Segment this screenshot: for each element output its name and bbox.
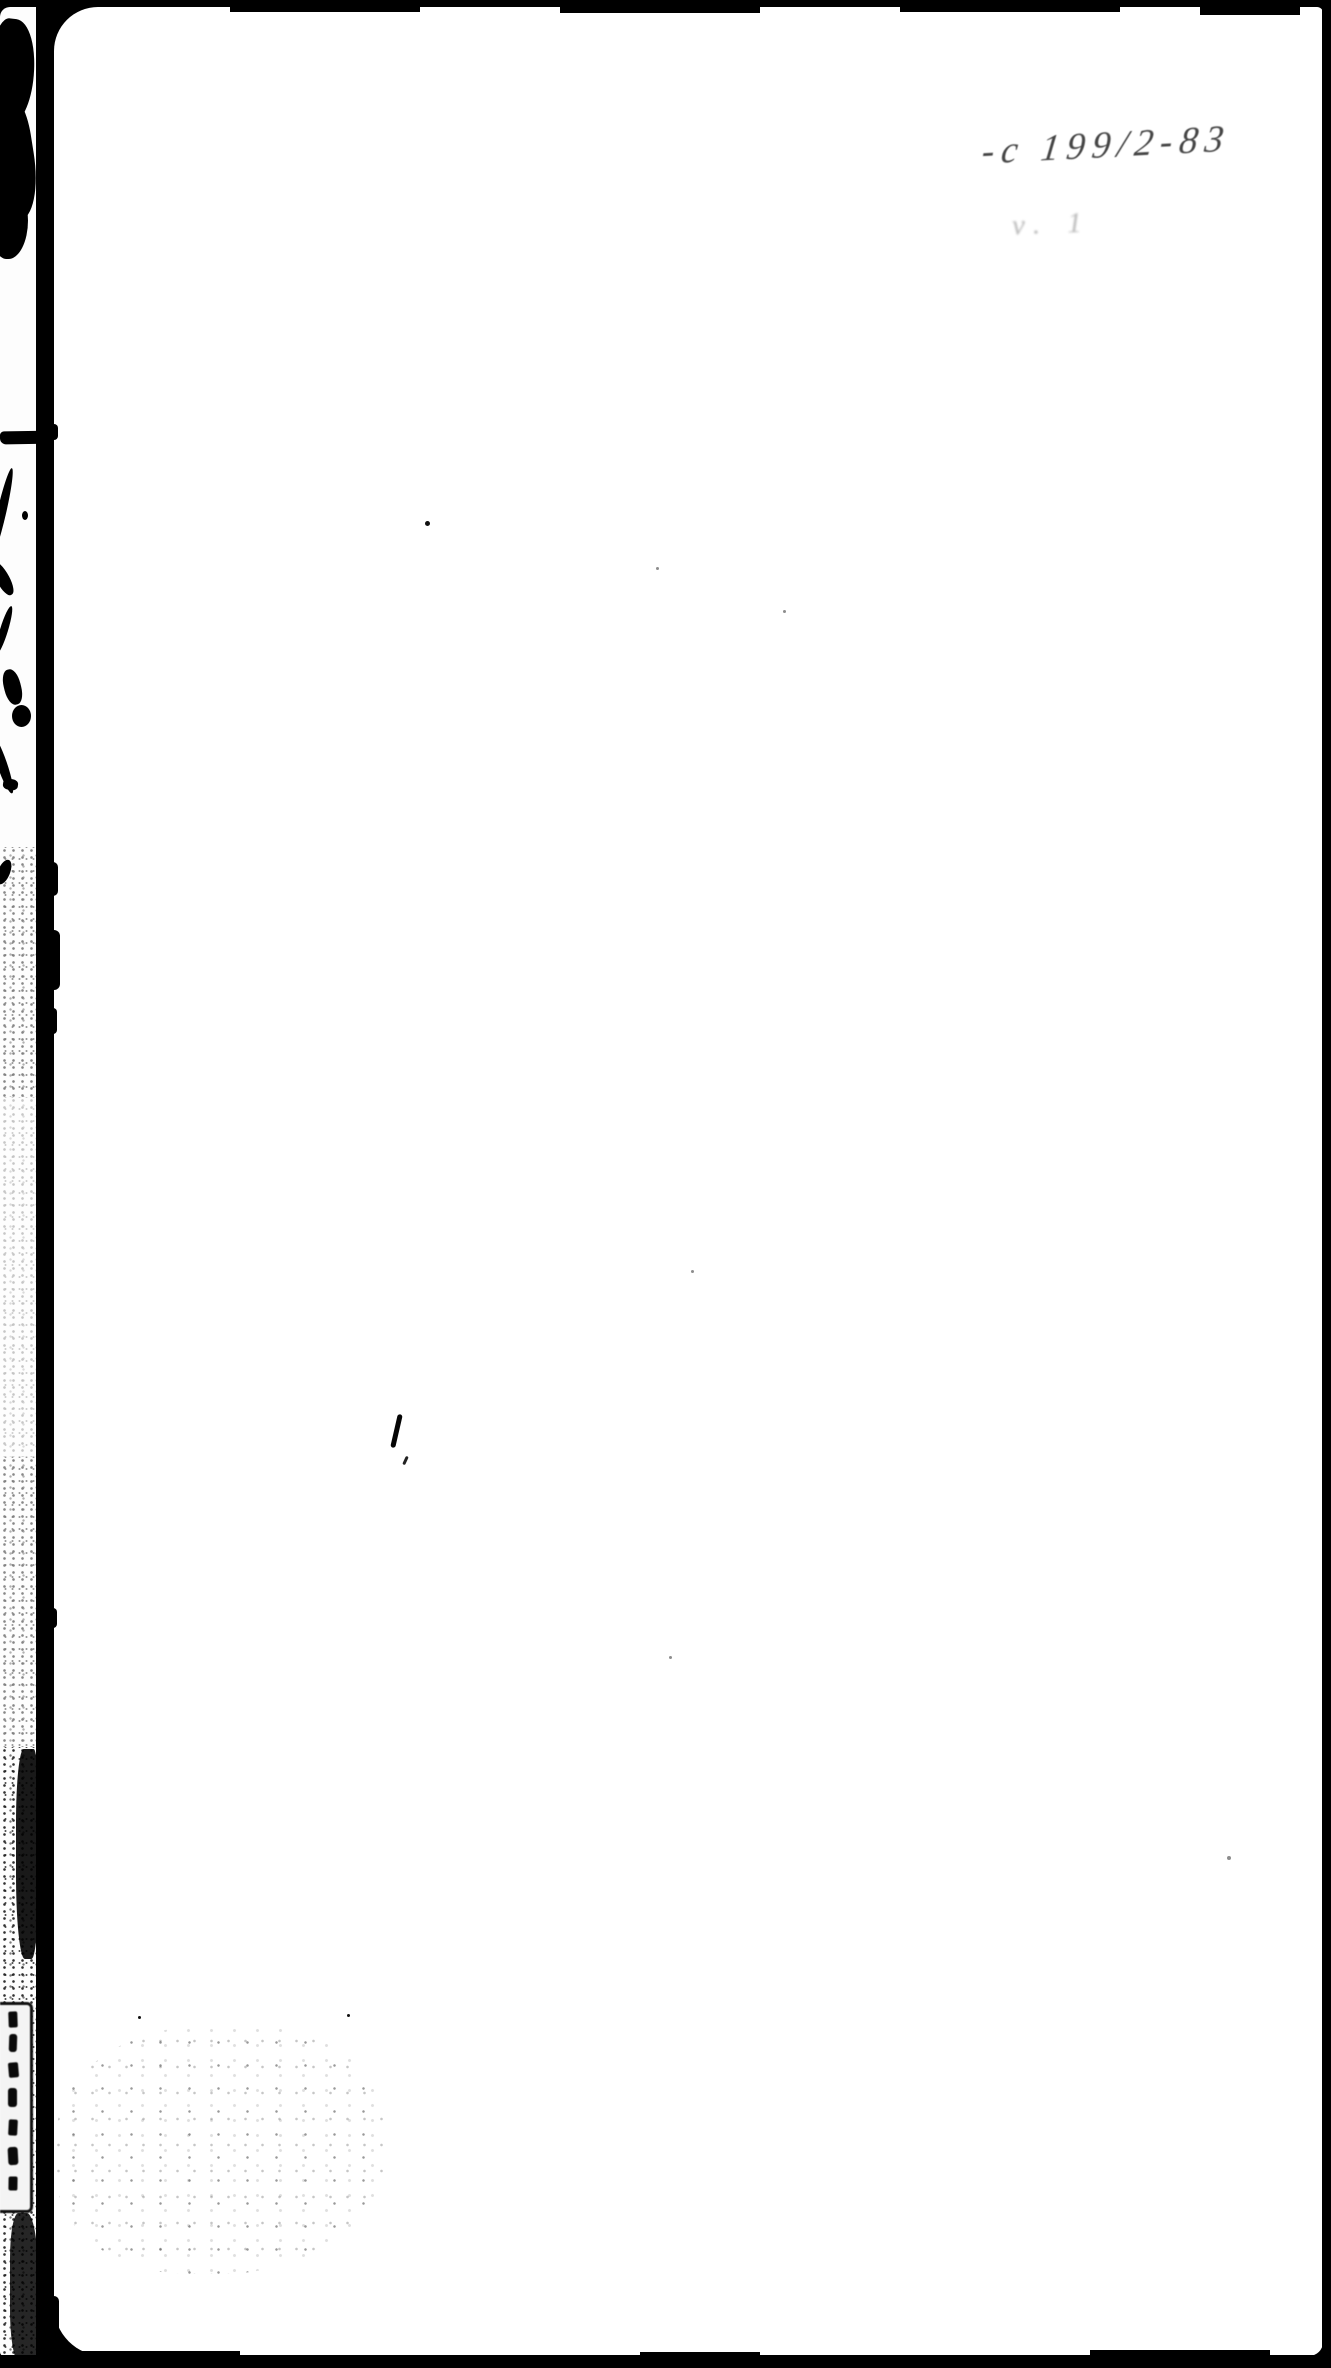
frame-edge-top xyxy=(0,0,1331,7)
spine-noise xyxy=(0,1457,36,1747)
spine-ink-mass xyxy=(0,189,28,259)
book-spine-strip xyxy=(0,7,36,2356)
ink-speck xyxy=(691,1270,694,1273)
spine-bar-bump xyxy=(52,1608,57,1628)
handwritten-call-number: -c 199/2-83 xyxy=(980,117,1234,173)
frame-irregularity xyxy=(80,2351,240,2356)
frame-edge-right xyxy=(1322,0,1331,2368)
ink-speck xyxy=(1227,1856,1231,1860)
frame-irregularity xyxy=(1090,2350,1270,2356)
spine-character-fragment xyxy=(12,705,31,727)
frame-irregularity xyxy=(640,2352,760,2356)
spine-ink-mass xyxy=(10,2213,36,2356)
spine-black-bar xyxy=(36,0,53,2368)
spine-character-fragment xyxy=(2,778,18,791)
frame-edge-bottom xyxy=(0,2355,1331,2368)
scanned-page: -c 199/2-83 v. 1 xyxy=(0,0,1331,2368)
spine-smudge xyxy=(0,431,36,445)
spine-bar-bump xyxy=(52,930,60,990)
ink-speck xyxy=(656,567,659,570)
ink-speck xyxy=(425,521,430,526)
paper-sheet: -c 199/2-83 v. 1 xyxy=(54,7,1323,2356)
frame-irregularity xyxy=(230,7,420,12)
spine-character-fragment xyxy=(0,558,17,598)
speckle-cloud xyxy=(56,2026,386,2274)
handwritten-volume-note: v. 1 xyxy=(1011,207,1092,243)
ink-tick-mark-tail xyxy=(402,1456,409,1465)
spine-character-fragment xyxy=(0,605,15,655)
frame-irregularity xyxy=(560,7,760,13)
spine-bar-bump xyxy=(52,424,58,440)
frame-irregularity xyxy=(1200,7,1300,15)
ink-tick-mark xyxy=(390,1414,403,1448)
frame-irregularity xyxy=(900,7,1120,12)
spine-character-fragment xyxy=(22,511,28,520)
ink-speck xyxy=(669,1656,672,1659)
spine-label xyxy=(0,2002,33,2213)
spine-bar-bump xyxy=(52,1008,57,1034)
spine-bar-bump xyxy=(52,862,58,896)
ink-speck xyxy=(347,2014,350,2017)
spine-bar-bump xyxy=(52,2296,59,2336)
ink-speck xyxy=(783,610,786,613)
spine-noise xyxy=(0,847,36,1097)
ink-speck xyxy=(138,2016,141,2019)
spine-character-fragment xyxy=(0,467,16,559)
spine-noise xyxy=(0,1097,36,1457)
spine-character-fragment xyxy=(0,667,25,706)
spine-ink-mass xyxy=(16,1749,36,1959)
